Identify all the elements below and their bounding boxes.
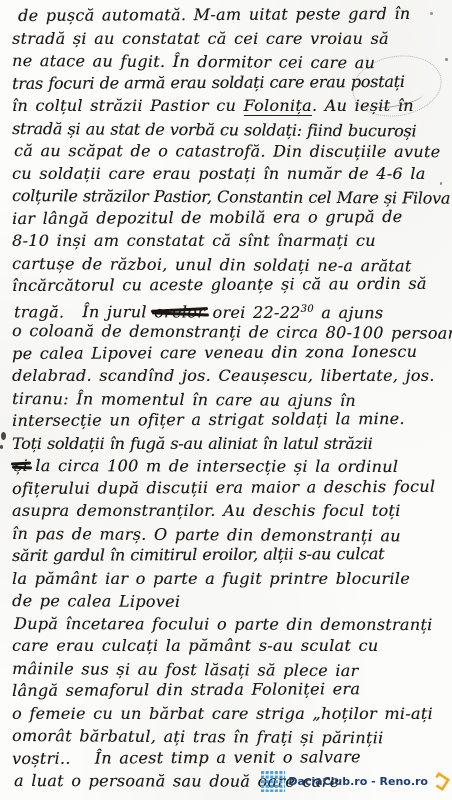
- line-text: orei 22-22: [205, 302, 301, 321]
- sentence-end: tragă.: [14, 302, 64, 321]
- underlined-word: Folonița: [244, 96, 312, 116]
- manuscript-line: de pușcă automată. M-am uitat peste gard…: [18, 3, 452, 28]
- manuscript-line: cu soldații care erau postați în număr d…: [12, 163, 452, 186]
- manuscript-line: voștri..În acest timp a venit o salvare: [12, 745, 452, 770]
- ink-speck: [0, 445, 3, 449]
- ink-speck: [445, 58, 448, 61]
- manuscript-line: tragă.În jurul orelor orei 22-2230 a aju…: [14, 298, 452, 322]
- manuscript-line: delabrad. scandînd jos. Ceaușescu, liber…: [12, 365, 452, 388]
- superscript-minutes: 30: [301, 303, 314, 314]
- manuscript-line: stradă și au stat de vorbă cu soldați: f…: [12, 118, 452, 143]
- manuscript-line: la pământ iar o parte a fugit printre bl…: [12, 568, 452, 591]
- manuscript-line: 8-10 inși am constatat că sînt înarmați …: [12, 230, 452, 253]
- line-text: la circa 100 m de intersecție și la ordi…: [28, 456, 398, 476]
- manuscript-line: care erau culcați la pământ s-au sculat …: [12, 635, 452, 658]
- manuscript-line: iar lângă depozitul de mobilă era o grup…: [12, 205, 452, 230]
- ink-speck: [1, 432, 6, 440]
- manuscript-line: tras focuri de armă erau soldați care er…: [12, 70, 452, 95]
- manuscript-line: că au scăpat de o catastrofă. Din discuț…: [14, 140, 452, 164]
- line-text: În acest timp a venit o salvare: [95, 747, 361, 767]
- manuscript-line: ofițerului după discuții era maior a des…: [12, 475, 452, 500]
- manuscript-line: intersecție un ofițer a strigat soldați …: [12, 408, 452, 433]
- sentence-end: voștri..: [12, 748, 71, 767]
- watermark: DaciaClub.ro - Reno.ro: [261, 771, 450, 792]
- manuscript-line: asupra demonstranților. Au deschis focul…: [12, 500, 452, 523]
- manuscript-line: în colțul străzii Pastior cu Folonița. A…: [12, 95, 452, 118]
- manuscript-line: stradă și au constatat că cei care vroia…: [12, 28, 452, 51]
- crossed-out-word: și: [14, 455, 28, 478]
- manuscript-line: lângă semaforul din strada Foloniței era: [12, 678, 452, 703]
- scanned-manuscript-page: de pușcă automată. M-am uitat peste gard…: [0, 0, 452, 800]
- line-text: În jurul: [82, 302, 154, 321]
- line-text: . Au ieșit în: [312, 96, 414, 115]
- manuscript-line: de pe calea Lipovei: [12, 590, 452, 615]
- manuscript-line: sărit gardul în cimitirul eroilor, alții…: [12, 543, 452, 568]
- ink-speck: [440, 182, 442, 185]
- manuscript-line: pe calea Lipovei care veneau din zona Io…: [12, 340, 452, 365]
- ink-speck: [430, 12, 433, 15]
- watermark-text: DaciaClub.ro - Reno.ro: [288, 775, 428, 788]
- manuscript-line: încărcătorul cu aceste gloanțe și că au …: [12, 273, 452, 298]
- pixel-grid-icon: [261, 771, 285, 792]
- manuscript-line: o femeie cu un bărbat care striga „hoțil…: [12, 703, 452, 726]
- dacia-logo-icon: [429, 769, 452, 793]
- manuscript-text: de pușcă automată. M-am uitat peste gard…: [0, 5, 452, 793]
- manuscript-line: Toți soldații în fugă s-au aliniat în la…: [12, 433, 452, 456]
- line-text: a ajuns: [314, 303, 383, 322]
- line-text: în colțul străzii Pastior cu: [12, 96, 244, 115]
- manuscript-line: După încetarea focului o parte din demon…: [14, 613, 452, 637]
